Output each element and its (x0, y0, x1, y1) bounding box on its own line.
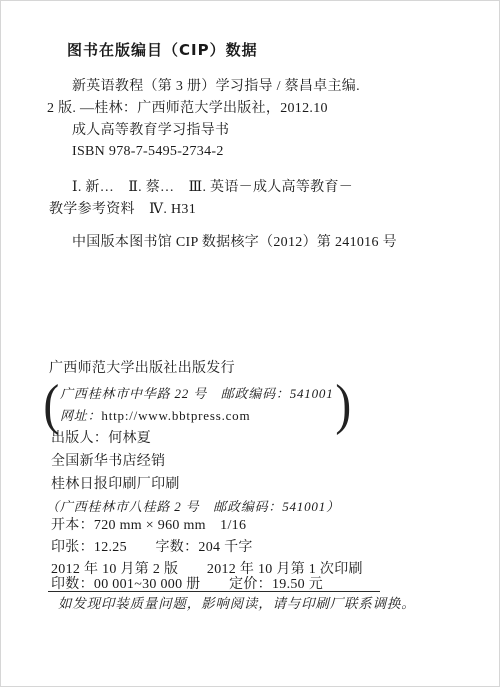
open-paren-glyph: ( (43, 382, 59, 428)
format-line: 开本：720 mm × 960 mm 1/16 (51, 517, 246, 535)
distribution-line: 全国新华书店经销 (51, 453, 165, 471)
close-paren-glyph: ) (335, 382, 351, 428)
publisher-line: 广西师范大学出版社出版发行 (49, 360, 235, 378)
cip-heading: 图书在版编目（CIP）数据 (67, 41, 258, 59)
publisher-person-line: 出版人：何林夏 (51, 430, 151, 448)
quality-notice-line: 如发现印装质量问题，影响阅读，请与印刷厂联系调换。 (58, 595, 416, 613)
book-copyright-page: 图书在版编目（CIP）数据 新英语教程（第 3 册）学习指导 / 蔡昌卓主编. … (0, 0, 500, 687)
cip-registration-line: 中国版本图书馆 CIP 数据核字（2012）第 241016 号 (72, 234, 397, 252)
publisher-website-line: 网址：http://www.bbtpress.com (60, 407, 250, 425)
printer-address-line: （广西桂林市八桂路 2 号 邮政编码：541001） (46, 498, 340, 516)
cip-classification-line1: Ⅰ. 新… Ⅱ. 蔡… Ⅲ. 英语－成人高等教育－ (72, 179, 353, 197)
website-url: http://www.bbtpress.com (101, 408, 250, 423)
cip-title-line: 新英语教程（第 3 册）学习指导 / 蔡昌卓主编. (72, 78, 360, 96)
isbn-line: ISBN 978-7-5495-2734-2 (72, 143, 224, 161)
cip-edition-line: 2 版. —桂林：广西师范大学出版社，2012.10 (47, 100, 328, 118)
printer-line: 桂林日报印刷厂印刷 (51, 476, 180, 494)
cip-classification-line2: 教学参考资料 Ⅳ. H31 (49, 201, 196, 219)
sheets-words-line: 印张：12.25 字数：204 千字 (51, 539, 253, 557)
divider-line (48, 591, 380, 592)
website-label: 网址： (60, 408, 101, 423)
cip-series-line: 成人高等教育学习指导书 (72, 122, 229, 140)
publisher-address-line: 广西桂林市中华路 22 号 邮政编码：541001 (60, 385, 334, 403)
